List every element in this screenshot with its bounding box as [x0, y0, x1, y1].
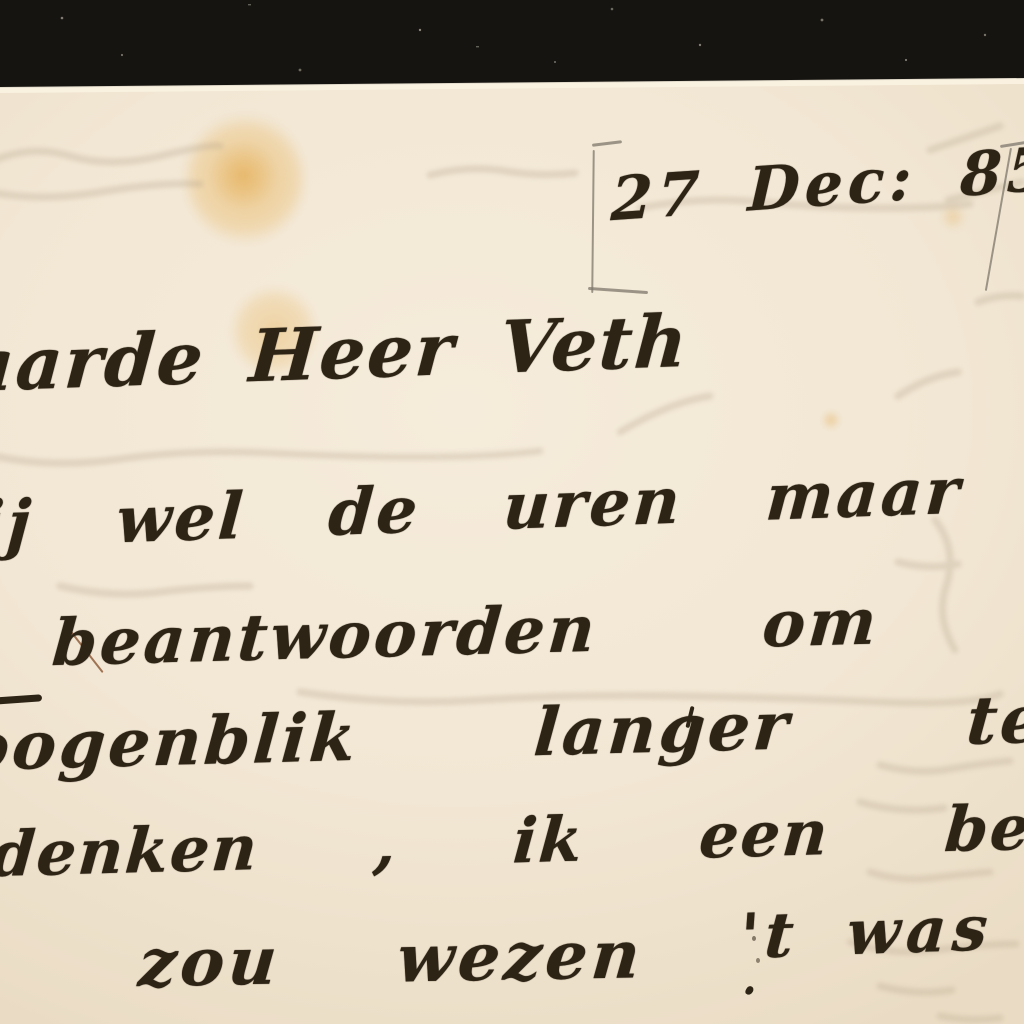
- paper-stain-fleck: [820, 410, 842, 430]
- handwritten-line-5-right: 't was: [738, 897, 996, 968]
- ink-speck-dot: [752, 936, 756, 941]
- letter-photograph: 27 Dec: 85 aarde Heer Veth ij wel de ure…: [0, 0, 1024, 1024]
- paper-stain-large-core: [210, 140, 276, 210]
- handwritten-line-5-left: zou wezen: [136, 921, 646, 996]
- dust-specks: [0, 0, 1024, 86]
- ink-speck-dot-2: [756, 958, 760, 963]
